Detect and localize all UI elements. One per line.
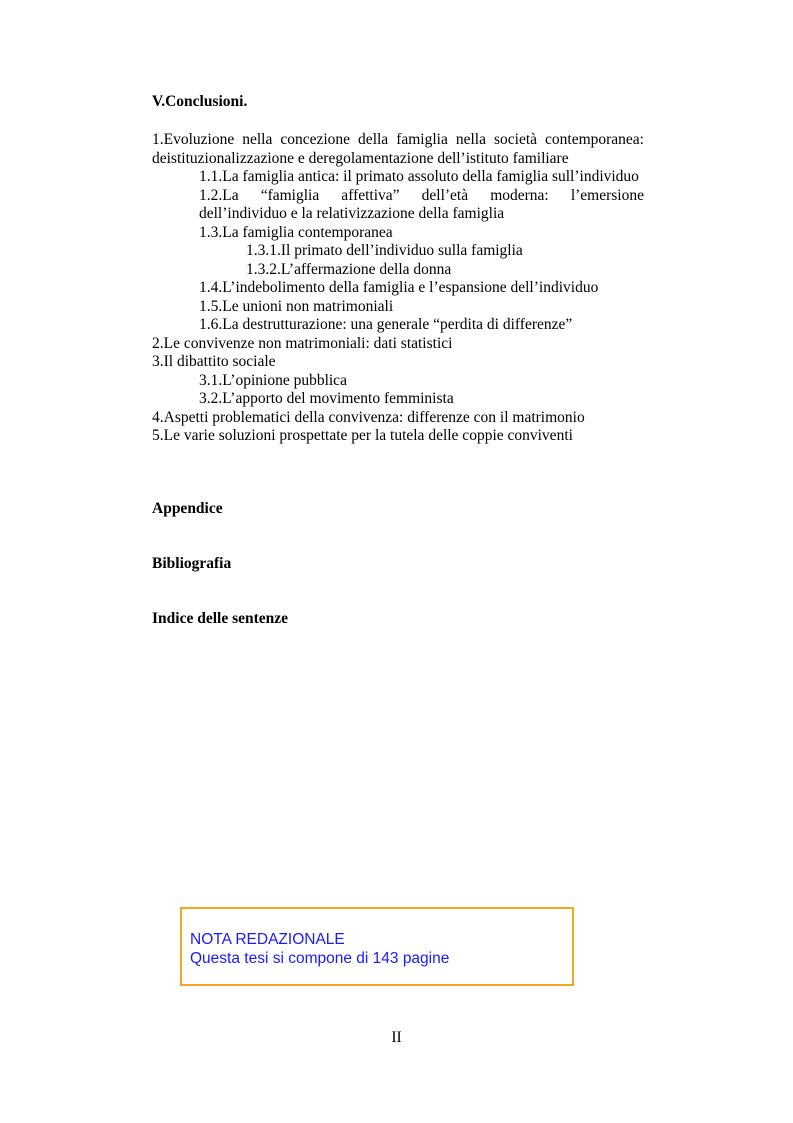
toc-entry: 1.6.La destrutturazione: una generale “p… [152, 316, 644, 335]
editorial-note-title: NOTA REDAZIONALE [190, 930, 449, 949]
editorial-note-text: Questa tesi si compone di 143 pagine [190, 949, 449, 968]
toc-entry: 3.Il dibattito sociale [152, 353, 644, 372]
toc-entry: 1.1.La famiglia antica: il primato assol… [152, 168, 644, 187]
toc-entry: 1.2.La “famiglia affettiva” dell’età mod… [152, 187, 644, 224]
toc-entry: 1.3.2.L’affermazione della donna [152, 261, 644, 280]
toc-entry: 1.3.1.Il primato dell’individuo sulla fa… [152, 242, 644, 261]
toc-entry: 4.Aspetti problematici della convivenza:… [152, 409, 644, 428]
toc-entry: 1.5.Le unioni non matrimoniali [152, 298, 644, 317]
toc-entry: 1.4.L’indebolimento della famiglia e l’e… [152, 279, 644, 298]
appendix-heading: Appendice [152, 500, 223, 518]
editorial-note-box: NOTA REDAZIONALE Questa tesi si compone … [180, 907, 574, 986]
toc-entry: 5.Le varie soluzioni prospettate per la … [152, 427, 644, 446]
table-of-contents: 1.Evoluzione nella concezione della fami… [152, 131, 644, 446]
section-title: V.Conclusioni. [152, 93, 247, 111]
toc-entry: 3.2.L’apporto del movimento femminista [152, 390, 644, 409]
editorial-note-content: NOTA REDAZIONALE Questa tesi si compone … [190, 930, 449, 968]
toc-entry: 2.Le convivenze non matrimoniali: dati s… [152, 335, 644, 354]
rulings-index-heading: Indice delle sentenze [152, 610, 288, 628]
toc-entry: 3.1.L’opinione pubblica [152, 372, 644, 391]
toc-entry: 1.3.La famiglia contemporanea [152, 224, 644, 243]
toc-entry: 1.Evoluzione nella concezione della fami… [152, 131, 644, 168]
bibliography-heading: Bibliografia [152, 555, 231, 573]
page-number: II [0, 1029, 793, 1047]
document-page: V.Conclusioni. 1.Evoluzione nella concez… [0, 0, 793, 1123]
